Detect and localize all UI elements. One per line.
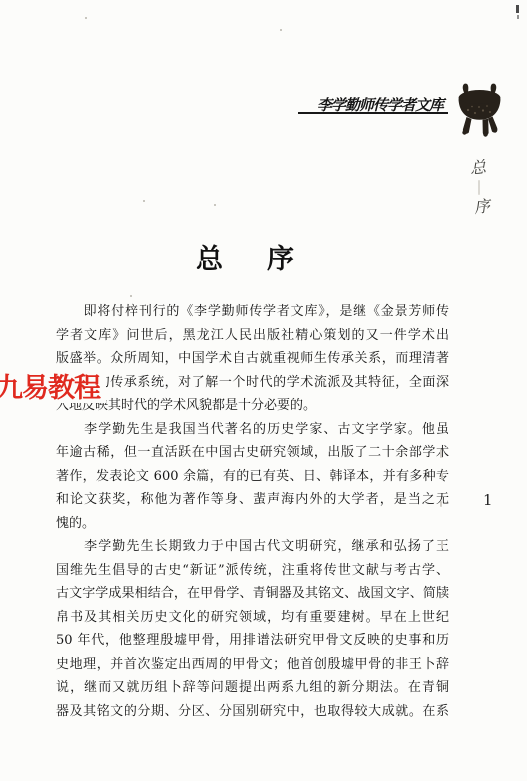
page-title-char-left: 总 <box>196 245 223 275</box>
text-line: 学者文库》问世后，黑龙江人民出版社精心策划的又一件学术出 <box>56 324 449 348</box>
text-line: 50 年代，他整理殷墟甲骨，用排谱法研究甲骨文反映的史事和历 <box>56 629 449 653</box>
bronze-ding-icon <box>453 82 506 142</box>
scan-speck <box>130 295 132 297</box>
scanned-book-page: 李学勤师传学者文库 总 序 总 序 即将付梓刊行的《李学勤师传学 <box>0 0 527 781</box>
text-line: 李学勤先生是我国当代著名的历史学家、古文字学家。他虽 <box>56 418 449 442</box>
scan-edge-mark <box>440 449 442 458</box>
header-underline <box>298 112 448 114</box>
text-line: 和论文获奖，称他为著作等身、蜚声海内外的大学者，是当之无 <box>56 488 449 512</box>
margin-label-xu: 序 <box>473 198 491 216</box>
scan-smudge <box>478 180 480 195</box>
text-line: 著作，发表论文 600 余篇，有的已有英、日、韩译本，并有多种专著 <box>56 465 449 489</box>
scan-edge-mark <box>440 501 442 507</box>
margin-label-zong: 总 <box>469 159 486 176</box>
text-line: 器及其铭文的分期、分区、分国别研究中，也取得较大成就。在系 <box>56 700 449 724</box>
page-number: 1 <box>483 491 493 509</box>
watermark: 九易教程 <box>0 374 106 403</box>
scan-speck <box>85 17 87 19</box>
scan-speck <box>280 29 282 31</box>
text-line: 名学者的传承系统，对了解一个时代的学术流派及其特征，全面深 <box>56 371 449 395</box>
text-line: 古文字学成果相结合，在甲骨学、青铜器及其铭文、战国文字、简牍 <box>56 582 449 606</box>
text-line: 国维先生倡导的古史“新证”派传统，注重将传世文献与考古学、 <box>56 559 449 583</box>
scan-edge-mark <box>441 473 443 480</box>
scan-speck <box>143 200 145 202</box>
scan-speck <box>214 204 216 206</box>
text-line: 帛书及其相关历史文化的研究领域，均有重要建树。早在上世纪 <box>56 606 449 630</box>
page-title: 总 序 <box>48 245 442 275</box>
scan-corner-mark <box>516 5 519 13</box>
text-line: 即将付梓刊行的《李学勤师传学者文库》，是继《金景芳师传 <box>56 300 449 324</box>
text-line: 史地理，并首次鉴定出西周的甲骨文；他首创殷墟甲骨的非王卜辞 <box>56 653 449 677</box>
text-line: 愧的。 <box>56 512 449 536</box>
scan-corner-mark <box>517 15 519 19</box>
text-line: 说，继而又就历组卜辞等问题提出两系九组的新分期法。在青铜 <box>56 676 449 700</box>
text-line: 年逾古稀，但一直活跃在中国古史研究领域，出版了二十余部学术 <box>56 441 449 465</box>
page-title-char-right: 序 <box>267 245 294 275</box>
body-text: 即将付梓刊行的《李学勤师传学者文库》，是继《金景芳师传学者文库》问世后，黑龙江人… <box>56 300 449 723</box>
text-line: 版盛举。众所周知，中国学术自古就重视师生传承关系，而理清著 <box>56 347 449 371</box>
text-line: 入地反映其时代的学术风貌都是十分必要的。 <box>56 394 449 418</box>
scan-edge-mark <box>441 540 443 549</box>
text-line: 李学勤先生长期致力于中国古代文明研究，继承和弘扬了王 <box>56 535 449 559</box>
